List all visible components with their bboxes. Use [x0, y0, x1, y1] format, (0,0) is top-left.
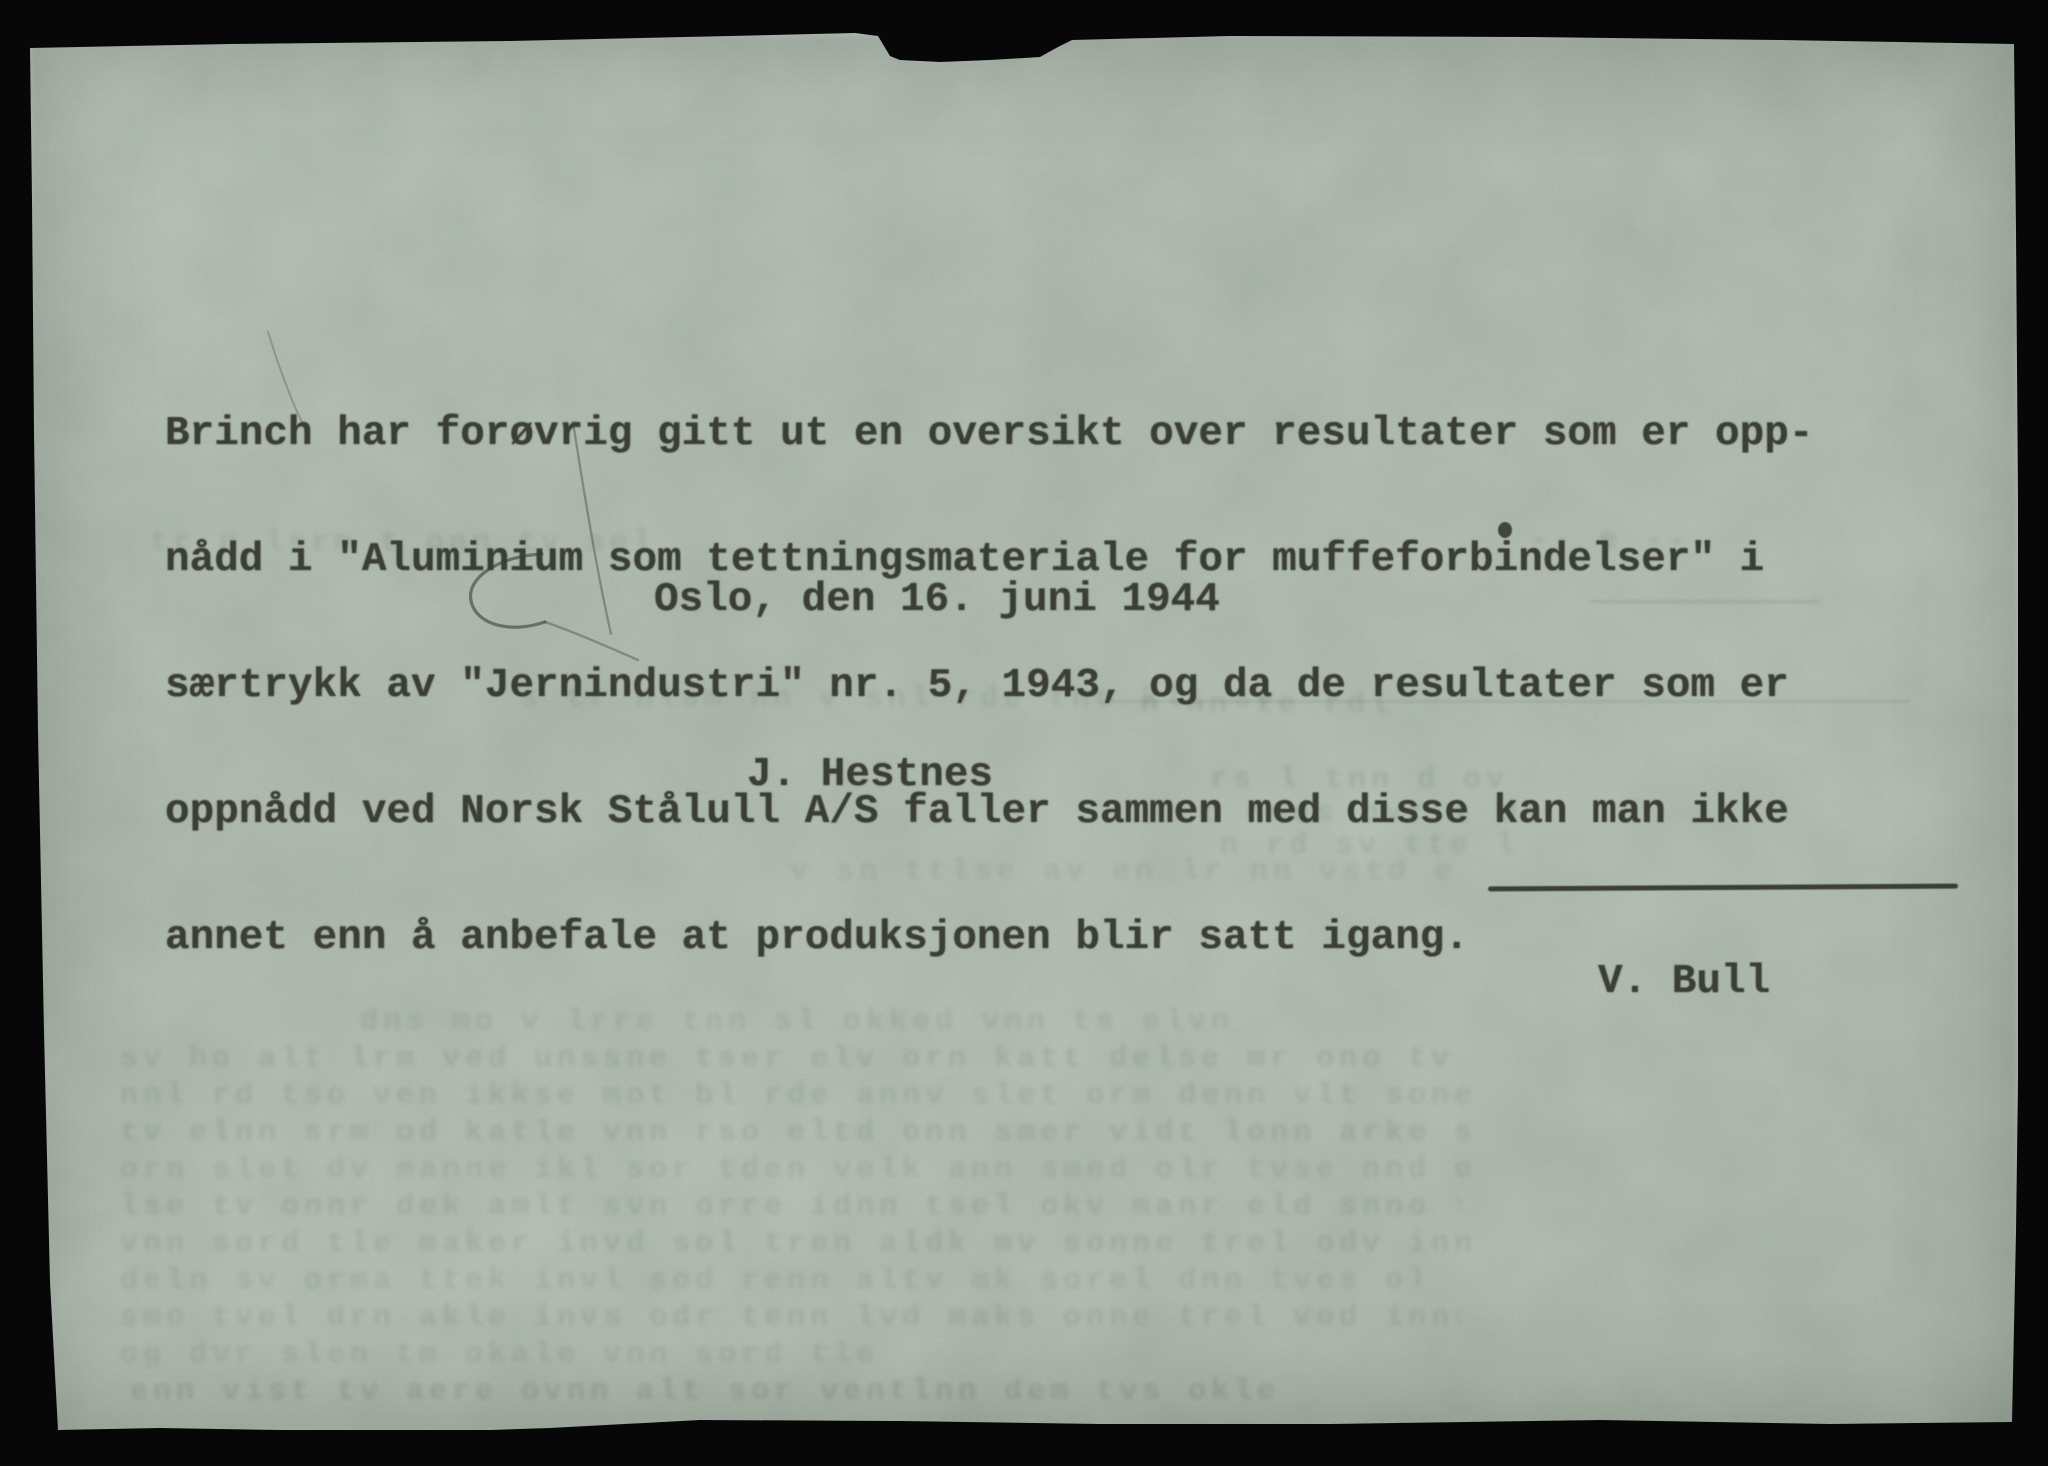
paragraph-line: nådd i "Aluminium som tettningsmateriale…	[165, 539, 1813, 581]
ghost-text-line: sv ho alt lrm ved unssne tser elv orn ka…	[120, 1042, 1450, 1076]
ghost-text-line: enn vist tv aere ovnn alt sor ventlnn de…	[130, 1375, 1280, 1409]
scan-background: tr n lsrm t onn tv sel rnn od-- e --s tr…	[0, 0, 2048, 1466]
ghost-text-line: vnn sord tle maker invd sol tren aldk mv…	[120, 1227, 1470, 1261]
ghost-text-line: nnl rd tso ven ikkse mot bl rde annv sle…	[120, 1079, 1480, 1113]
paragraph-line: Brinch har forøvrig gitt ut en oversikt …	[165, 413, 1813, 455]
ghost-text-line: lse tv onnr dek amlt svn orre idnn tsel …	[120, 1190, 1460, 1224]
letter-body-paragraph: Brinch har forøvrig gitt ut en oversikt …	[165, 329, 1813, 1043]
ghost-text-line: orn slet dv manne ikl sor tden velk ann …	[120, 1153, 1480, 1187]
dateline: Oslo, den 16. juni 1944	[654, 579, 1220, 621]
ghost-text-line: smo tvel drn akle invs odr tenn lvd maks…	[120, 1301, 1460, 1335]
typed-signature-hestnes: J. Hestnes	[747, 754, 993, 796]
typed-signature-bull: V. Bull	[1598, 961, 1770, 1003]
ghost-text-line: tv elnn srm od katle vnn rso eltd onn sm…	[120, 1116, 1470, 1150]
paragraph-line: særtrykk av "Jernindustri" nr. 5, 1943, …	[165, 665, 1813, 707]
ghost-text-line: deln sv orma ttek invl sod renn altv mk …	[120, 1264, 1420, 1298]
ink-dot	[1498, 522, 1512, 538]
ghost-text-line: og dvr slen tm okale vnn sord tle	[120, 1338, 880, 1372]
paper-sheet: tr n lsrm t onn tv sel rnn od-- e --s tr…	[30, 32, 2018, 1430]
paragraph-line: annet enn å anbefale at produksjonen bli…	[165, 917, 1813, 959]
